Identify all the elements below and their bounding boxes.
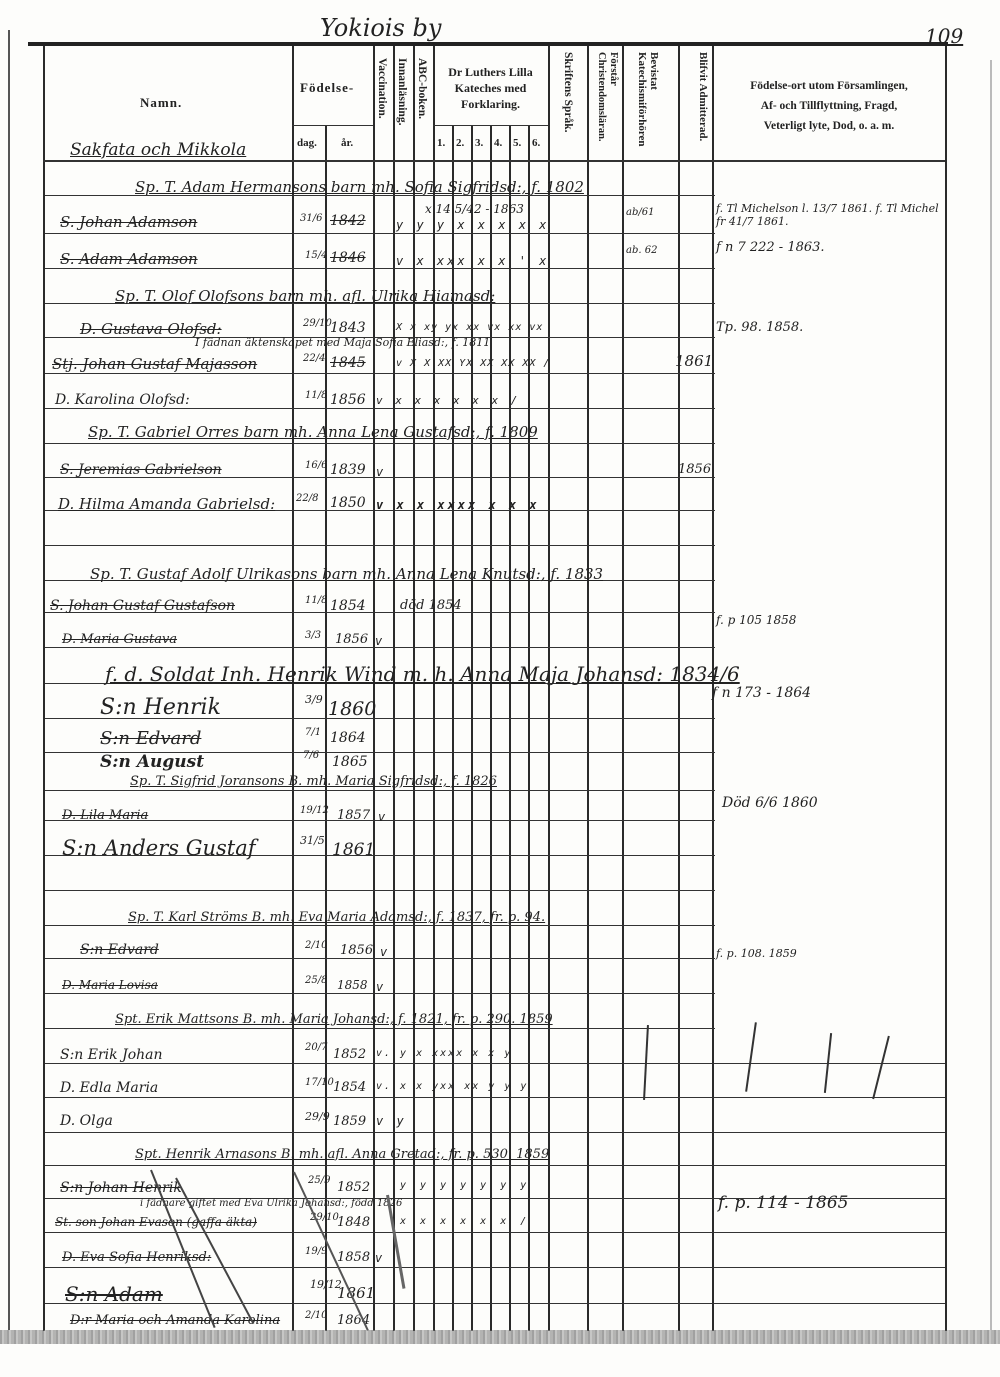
birth-day: 25/8 bbox=[305, 975, 327, 986]
header-luther-col-5: 5. bbox=[513, 137, 521, 149]
birth-year: 1845 bbox=[330, 355, 366, 371]
row-rule bbox=[45, 443, 715, 444]
person-name: S. Johan Gustaf Gustafson bbox=[50, 598, 235, 614]
birth-year: 1846 bbox=[330, 250, 366, 266]
person-name: S:n August bbox=[100, 752, 204, 772]
birth-day: 7/6 bbox=[303, 750, 319, 761]
row-rule bbox=[45, 1097, 945, 1098]
birth-year: 1839 bbox=[330, 462, 366, 478]
birth-year: 1861 bbox=[332, 840, 375, 860]
birth-year: 1854 bbox=[333, 1080, 366, 1095]
exam-marks: v bbox=[375, 1251, 385, 1265]
exam-marks: x x x x x x / bbox=[400, 1216, 530, 1227]
birth-day: 22/4 bbox=[303, 353, 325, 364]
col-line-l6 bbox=[548, 46, 550, 1331]
right-border bbox=[945, 46, 947, 1331]
person-name-text: D. Maria Gustava bbox=[62, 632, 177, 647]
person-name: S:n Edvard bbox=[100, 728, 201, 749]
birth-year: 1842 bbox=[330, 213, 366, 229]
person-name: S:n Johan Henrik bbox=[60, 1180, 182, 1196]
birth-year: 1854 bbox=[330, 598, 366, 614]
row-rule bbox=[45, 1232, 945, 1233]
birth-year: 1859 bbox=[333, 1114, 366, 1129]
person-name: Stj. Johan Gustaf Majasson bbox=[52, 355, 257, 373]
register-page: Yokiois by 109 Namn. Födelse- dag. år. V… bbox=[0, 0, 1000, 1377]
col-line-name bbox=[292, 46, 294, 1331]
birth-day: 17/10 bbox=[305, 1077, 334, 1088]
header-skriftens-sprak: Skriftens Språk. bbox=[562, 52, 574, 157]
header-subrule-luther bbox=[433, 125, 548, 126]
birth-day: 16/6 bbox=[305, 460, 327, 471]
person-name: D. Edla Maria bbox=[60, 1080, 158, 1096]
birth-year: 1858 bbox=[337, 1250, 370, 1265]
birth-year: 1852 bbox=[337, 1180, 370, 1195]
birth-day: 19/9 bbox=[305, 1246, 327, 1257]
exam-marks: v. y x xxxx x x y bbox=[376, 1048, 512, 1059]
remarks: f. p. 108. 1859 bbox=[716, 947, 797, 960]
col-line-innan bbox=[413, 46, 415, 1331]
birth-day: 19/12 bbox=[300, 805, 329, 816]
row-rule bbox=[45, 925, 715, 926]
bevistat-value: ab/61 bbox=[626, 207, 654, 218]
left-margin-line bbox=[8, 30, 10, 1330]
birth-year: 1848 bbox=[337, 1215, 370, 1230]
person-name: S:n Adam bbox=[65, 1282, 163, 1306]
person-name: D. Maria Gustava bbox=[62, 632, 177, 647]
blifvit-value: 1861 bbox=[675, 352, 713, 370]
person-name: D. Hilma Amanda Gabrielsd: bbox=[58, 495, 275, 513]
exam-marks: v bbox=[380, 945, 390, 959]
exam-marks: v bbox=[378, 810, 388, 824]
remarks: f. Tl Michelson l. 13/7 1861. f. Tl Mich… bbox=[716, 202, 941, 228]
row-rule bbox=[45, 1063, 945, 1064]
header-luther-col-4: 4. bbox=[494, 137, 502, 149]
header-luther-col-1: 1. bbox=[437, 137, 445, 149]
family-header: Sp. T. Sigfrid Joransons B. mh. Maria Si… bbox=[130, 774, 497, 789]
birth-day: 31/5 bbox=[300, 834, 325, 847]
family-header: Sp. T. Gustaf Adolf Ulrikasons barn mh. … bbox=[90, 565, 603, 583]
header-remarks: Födelse-ort utom Församlingen, Af- och T… bbox=[715, 76, 943, 136]
exam-marks: y y y y y y y bbox=[400, 1180, 530, 1191]
exam-marks: v X X XX YX XX XX XX / bbox=[396, 358, 550, 369]
birth-day: 2/10 bbox=[305, 940, 327, 951]
person-name-text: S. Johan Gustaf Gustafson bbox=[50, 598, 235, 614]
row-rule bbox=[45, 1028, 715, 1029]
row-rule bbox=[45, 373, 715, 374]
page-bottom-edge bbox=[0, 1330, 1000, 1344]
person-name: S. Jeremias Gabrielson bbox=[60, 462, 222, 478]
header-namn: Namn. bbox=[140, 95, 182, 111]
header-innanlasning: Innanläsning. bbox=[396, 58, 408, 158]
header-luther-line3: Forklaring. bbox=[433, 96, 548, 112]
exam-marks: v bbox=[376, 980, 386, 994]
birth-year: 1856 bbox=[335, 632, 368, 647]
col-line-forstar bbox=[622, 46, 624, 1331]
birth-day: 11/8 bbox=[305, 595, 327, 606]
birth-year: 1857 bbox=[337, 808, 370, 823]
remarks: Tp. 98. 1858. bbox=[716, 320, 803, 335]
birth-year: 1856 bbox=[330, 392, 366, 408]
exam-marks: v. x x yxx xx y y y bbox=[376, 1081, 528, 1092]
row-rule bbox=[45, 1165, 945, 1166]
birth-day: 29/9 bbox=[305, 1110, 330, 1123]
birth-year: 1864 bbox=[330, 730, 366, 746]
remarks: f n 7 222 - 1863. bbox=[716, 240, 825, 255]
family-header: Spt. Henrik Arnasons B. mh. afl. Anna Gr… bbox=[135, 1147, 549, 1162]
header-luther-line2: Kateches med bbox=[433, 80, 548, 96]
birth-year: 1860 bbox=[328, 698, 376, 720]
blifvit-value: 1856 bbox=[678, 462, 711, 477]
header-remarks-line3: Veterligt lyte, Dod, o. a. m. bbox=[715, 116, 943, 136]
person-name: D. Karolina Olofsd: bbox=[55, 392, 190, 408]
row-rule bbox=[45, 1303, 945, 1304]
header-luther-col-3: 3. bbox=[475, 137, 483, 149]
person-name: D. Lila Maria bbox=[62, 808, 148, 823]
header-bevistat: Bevistat Katechismiförhören bbox=[632, 52, 660, 157]
col-line-skrift bbox=[587, 46, 589, 1331]
birth-day: 29/10 bbox=[303, 318, 332, 329]
header-luther-line1: Dr Luthers Lilla bbox=[433, 64, 548, 80]
header-subrule-fodelse bbox=[292, 125, 373, 126]
village-title: Yokiois by bbox=[320, 14, 441, 42]
person-name: S:n Henrik bbox=[100, 695, 221, 720]
birth-day: 15/4 bbox=[305, 250, 327, 261]
birth-year: 1843 bbox=[330, 320, 366, 336]
header-ar: år. bbox=[341, 137, 353, 149]
header-abc-boken: ABC-boken. bbox=[416, 58, 428, 158]
exam-marks: v x x xxxx x x x bbox=[376, 498, 540, 512]
person-name: S. Johan Adamson bbox=[60, 213, 197, 231]
row-rule bbox=[45, 1132, 945, 1133]
family-header: Sp. T. Adam Hermansons barn mh. Sofia Si… bbox=[135, 178, 584, 196]
header-luther-col-6: 6. bbox=[532, 137, 540, 149]
row-rule bbox=[45, 408, 715, 409]
bevistat-value: ab. 62 bbox=[626, 245, 657, 256]
birth-day: 31/6 bbox=[300, 213, 322, 224]
family-header: Sp. T. Gabriel Orres barn mh. Anna Lena … bbox=[88, 423, 538, 441]
marriage-note: I fädnan äktenskapet med Maja Sofia Elia… bbox=[195, 336, 490, 349]
birth-year: 1865 bbox=[332, 754, 368, 770]
birth-year: 1858 bbox=[337, 978, 368, 992]
person-name: S:n Edvard bbox=[80, 942, 159, 958]
birth-day: 20/7 bbox=[305, 1042, 327, 1053]
birth-day: 7/1 bbox=[305, 727, 321, 738]
header-remarks-line2: Af- och Tillflyttning, Fragd, bbox=[715, 96, 943, 116]
header-remarks-line1: Födelse-ort utom Församlingen, bbox=[715, 76, 943, 96]
birth-day: 3/3 bbox=[305, 630, 321, 641]
col-line-ar bbox=[373, 46, 375, 1331]
family-header: f. d. Soldat Inh. Henrik Wind m. h. Anna… bbox=[105, 662, 740, 686]
person-name: St. son Johan Evason (gaffa-äkta) bbox=[55, 1215, 257, 1229]
birth-day: 3/9 bbox=[305, 693, 323, 706]
row-rule bbox=[45, 268, 715, 269]
row-rule bbox=[45, 233, 715, 234]
left-border bbox=[43, 46, 45, 1331]
col-line-bevistat bbox=[678, 46, 680, 1331]
exam-marks: död 1854 bbox=[400, 598, 462, 613]
annotation: x 14 5/42 - 1863 bbox=[425, 202, 524, 216]
exam-marks: X x xy yx xx vx xx vx bbox=[396, 322, 543, 333]
marriage-note: i fädnare giftet med Eva Ulrika Johansd:… bbox=[140, 1198, 402, 1209]
family-header: Spt. Erik Mattsons B. mh. Maria Johansd:… bbox=[115, 1012, 553, 1027]
pen-stroke bbox=[872, 1036, 890, 1100]
col-line-vacc bbox=[393, 46, 395, 1331]
person-name-text: D. Lila Maria bbox=[62, 808, 148, 823]
header-vaccination: Vaccination. bbox=[376, 58, 388, 158]
header-bottom-rule bbox=[43, 160, 945, 162]
birth-day: 2/10 bbox=[305, 1310, 327, 1321]
person-name: S:n Erik Johan bbox=[60, 1047, 163, 1063]
header-luther-col-2: 2. bbox=[456, 137, 464, 149]
exam-marks: v bbox=[375, 634, 385, 648]
col-line-abc bbox=[433, 46, 435, 1331]
person-name: D. Maria Lovisa bbox=[62, 978, 158, 992]
row-rule bbox=[45, 790, 715, 791]
birth-day: 11/8 bbox=[305, 390, 327, 401]
right-edge-noise bbox=[990, 60, 992, 1330]
birth-day: 25/9 bbox=[308, 1175, 330, 1186]
pen-stroke bbox=[745, 1022, 757, 1092]
person-name: D. Olga bbox=[60, 1113, 113, 1129]
birth-year: 1861 bbox=[337, 1284, 375, 1302]
header-fodelse: Födelse- bbox=[300, 80, 354, 96]
remarks: Död 6/6 1860 bbox=[722, 795, 818, 811]
header-dag: dag. bbox=[297, 137, 317, 149]
header-luther: Dr Luthers Lilla Kateches med Forklaring… bbox=[433, 64, 548, 112]
header-forstar: Förstår Christendomsläran. bbox=[591, 52, 619, 157]
exam-marks: v x xxx x x ' x bbox=[396, 254, 549, 268]
row-rule bbox=[45, 545, 715, 546]
person-name: S:n Anders Gustaf bbox=[62, 836, 256, 860]
family-header: Sp. T. Karl Ströms B. mh. Eva Maria Adam… bbox=[128, 910, 545, 925]
birth-day: 22/8 bbox=[296, 493, 318, 504]
row-rule bbox=[45, 1267, 945, 1268]
person-name: S. Adam Adamson bbox=[60, 250, 198, 268]
row-rule bbox=[45, 890, 715, 891]
birth-year: 1850 bbox=[330, 495, 366, 511]
exam-marks: y y y x x x x x bbox=[396, 218, 549, 232]
family-header: Sp. T. Olof Olofsons barn mh. afl. Ulrik… bbox=[115, 287, 495, 305]
remarks: f. p. 114 - 1865 bbox=[718, 1193, 848, 1213]
header-blifvit: Blifvit Admitterad. bbox=[683, 52, 709, 157]
birth-year: 1856 bbox=[340, 943, 373, 958]
exam-marks: v x x x x x x / bbox=[376, 394, 520, 407]
remarks: f. p 105 1858 bbox=[716, 613, 796, 627]
birth-year: 1852 bbox=[333, 1047, 366, 1062]
exam-marks: v bbox=[376, 465, 386, 479]
farm-name: Sakfata och Mikkola bbox=[70, 140, 246, 160]
exam-marks: v y bbox=[376, 1114, 407, 1128]
person-name-text: S. Jeremias Gabrielson bbox=[60, 462, 222, 478]
top-rule bbox=[28, 42, 948, 46]
remarks: f n 173 - 1864 bbox=[712, 685, 811, 701]
